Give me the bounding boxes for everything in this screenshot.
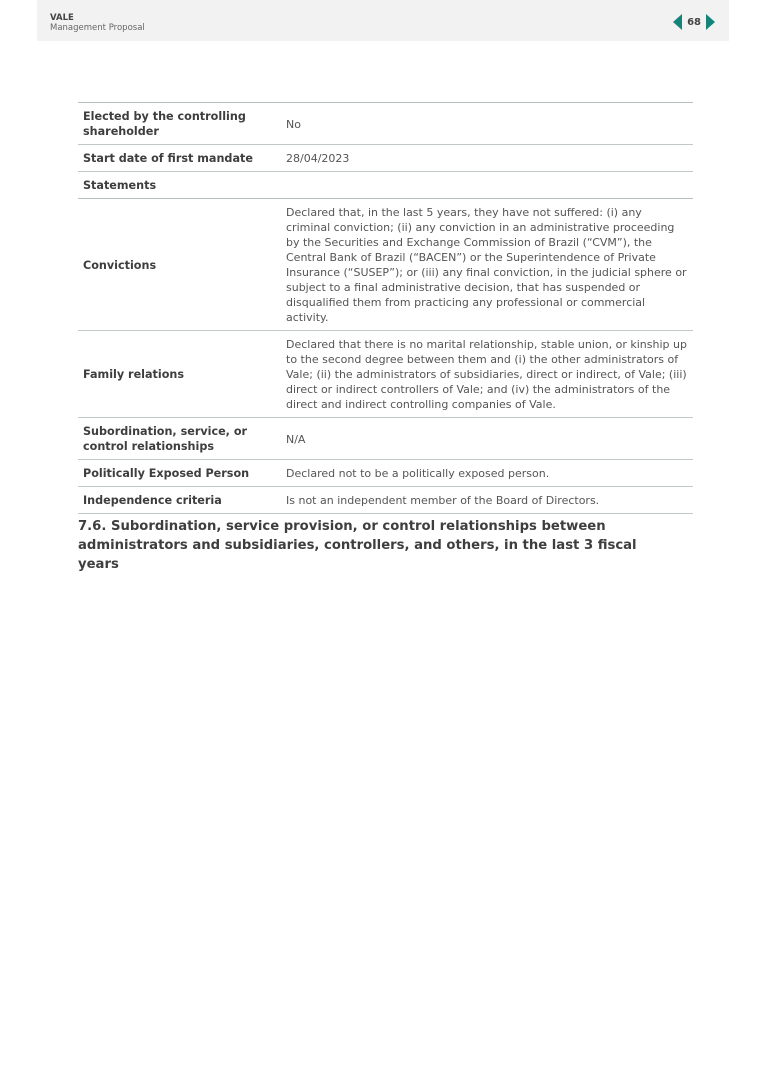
table-row: Family relations Declared that there is … [78,331,693,418]
page-header: VALE Management Proposal 68 [37,0,729,41]
table-row: Convictions Declared that, in the last 5… [78,199,693,331]
row-label: Politically Exposed Person [78,460,281,487]
section-heading: 7.6. Subordination, service provision, o… [78,517,678,574]
administrator-info-table: Elected by the controlling shareholder N… [78,102,693,514]
table-row: Politically Exposed Person Declared not … [78,460,693,487]
row-value: Declared that there is no marital relati… [281,331,693,418]
brand-name: VALE [50,13,74,23]
row-label: Convictions [78,199,281,331]
row-label: Elected by the controlling shareholder [78,103,281,145]
next-page-icon[interactable] [706,14,715,30]
row-label: Family relations [78,331,281,418]
page-navigator: 68 [673,14,715,30]
row-label: Independence criteria [78,487,281,514]
row-label: Subordination, service, or control relat… [78,418,281,460]
table-row: Start date of first mandate 28/04/2023 [78,145,693,172]
document-subtitle: Management Proposal [50,23,145,33]
row-value: No [281,103,693,145]
table-row: Independence criteria Is not an independ… [78,487,693,514]
row-value: Is not an independent member of the Boar… [281,487,693,514]
row-value: N/A [281,418,693,460]
table-row: Elected by the controlling shareholder N… [78,103,693,145]
row-value [281,172,693,199]
table-section-row: Statements [78,172,693,199]
previous-page-icon[interactable] [673,14,682,30]
page-number: 68 [687,17,701,28]
row-value: Declared that, in the last 5 years, they… [281,199,693,331]
row-value: Declared not to be a politically exposed… [281,460,693,487]
row-label: Start date of first mandate [78,145,281,172]
section-label: Statements [78,172,281,199]
table-row: Subordination, service, or control relat… [78,418,693,460]
row-value: 28/04/2023 [281,145,693,172]
